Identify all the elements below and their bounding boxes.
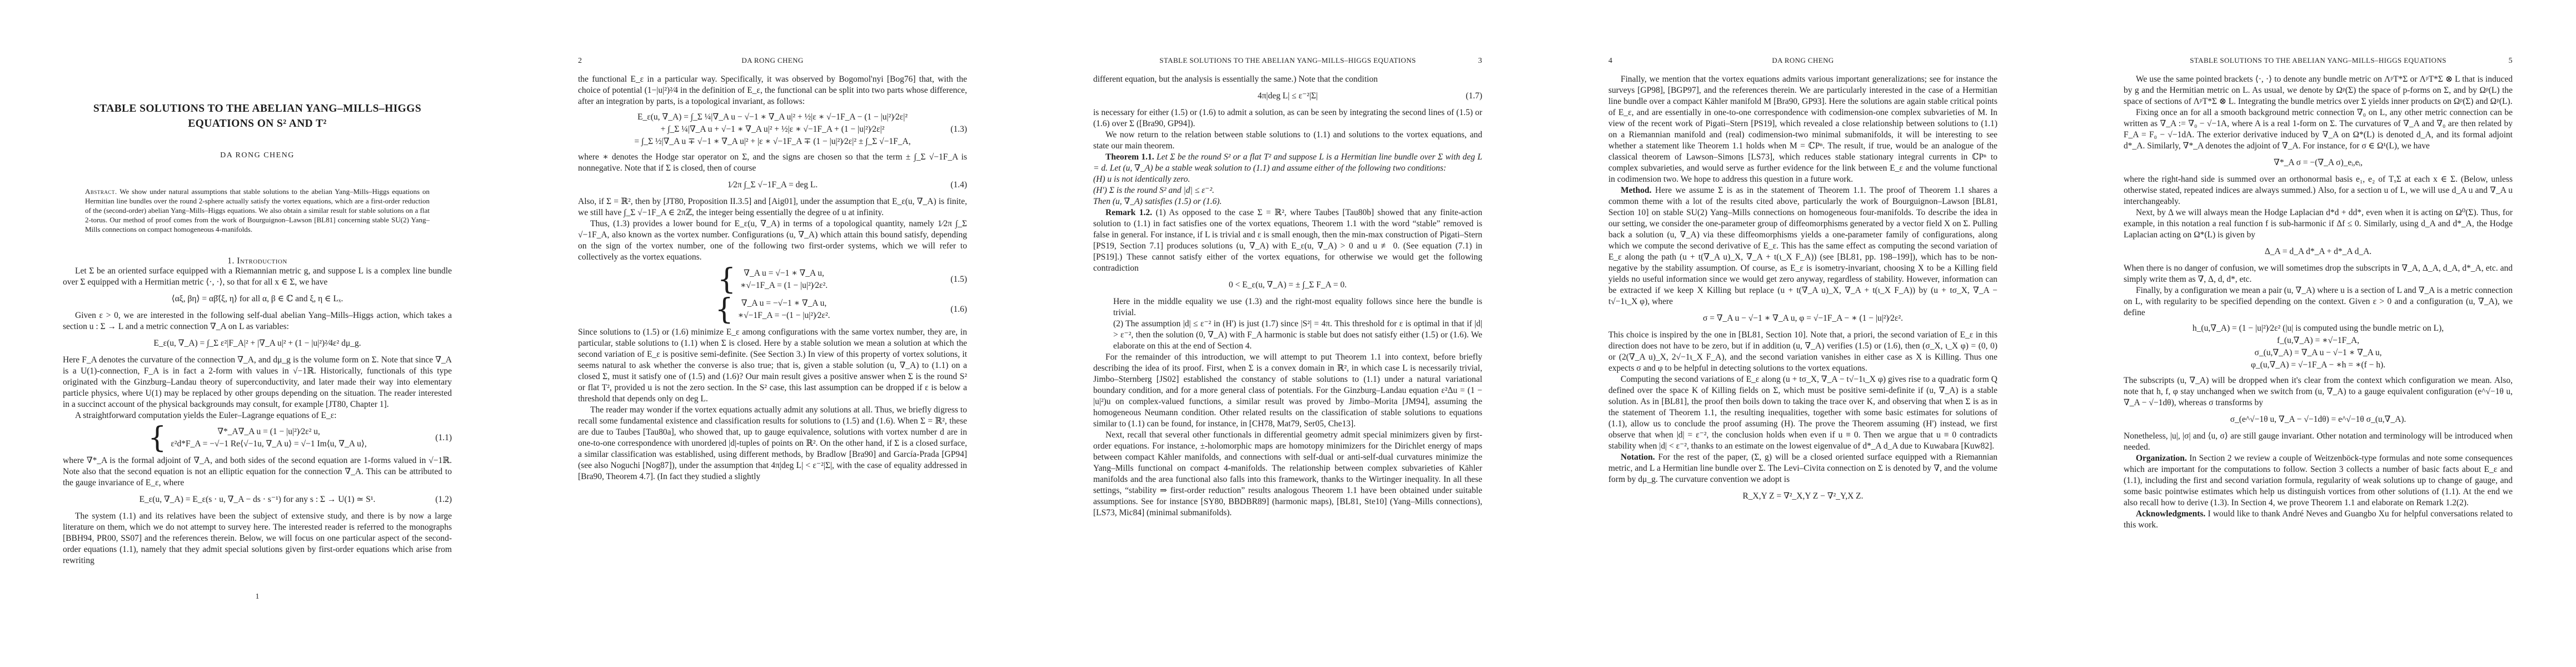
equation-lines: ∇_A u = √−1 ∗ ∇_A u,∗√−1F_A = (1 − |u|²)… xyxy=(740,267,828,292)
paragraph-text: (2) The assumption |d| ≤ ε⁻² in (H') is … xyxy=(1113,319,1482,351)
equation-body: ∇*_A σ = −(∇_A σ)_eᵢ,eᵢ, xyxy=(2274,157,2363,169)
paragraph-text: (1) As opposed to the case Σ = ℝ², where… xyxy=(1093,208,1482,273)
equation-line: ⟨αξ, βη⟩ = αβ̄⟨ξ, η⟩ for all α, β ∈ ℂ an… xyxy=(172,293,343,305)
display-equation: {∇*_A∇_A u = (1 − |u|²)⁄2ε² u,ε²d*F_A = … xyxy=(63,425,452,451)
equation-line: ε²d*F_A = −√−1 Re⟨√−1u, ∇_A u⟩ = √−1 Im⟨… xyxy=(171,438,366,450)
paragraph: Fixing once an for all a smooth backgrou… xyxy=(2124,107,2513,152)
abstract-text: We show under natural assumptions that s… xyxy=(85,187,430,233)
equation-body: E_ε(u, ∇_A) = ∫_Σ ¼|∇_A u − √−1 ∗ ∇_A u|… xyxy=(634,111,910,148)
brace-glyph: { xyxy=(715,297,733,323)
brace-glyph: { xyxy=(148,425,166,451)
equation-line: φ_(u,∇_A) = √−1F_A − ∗h = ∗(f − h). xyxy=(2193,359,2444,371)
equation-line: + ∫_Σ ¼|∇_A u + √−1 ∗ ∇_A u|² + ½|ε ∗ √−… xyxy=(634,123,910,136)
paragraph: where ∗ denotes the Hodge star operator … xyxy=(578,152,967,174)
equation-lines: σ_(e^√−1θ u, ∇_A − √−1dθ) = e^√−1θ σ_(u,… xyxy=(2230,414,2406,426)
paragraph: A straightforward computation yields the… xyxy=(63,410,452,421)
running-head-text: DA RONG CHENG xyxy=(595,56,950,65)
page-3-body: different equation, but the analysis is … xyxy=(1093,74,1482,519)
equation-number: (1.5) xyxy=(950,274,967,285)
page-number: 3 xyxy=(1466,57,1482,66)
paragraph: Here in the middle equality we use (1.3)… xyxy=(1093,296,1482,318)
equation-line: f_(u,∇_A) = ∗√−1F_A, xyxy=(2193,335,2444,347)
paragraph: where ∇*_A is the formal adjoint of ∇_A,… xyxy=(63,455,452,489)
labeled-paragraph: Organization. In Section 2 we review a c… xyxy=(2124,453,2513,509)
paragraph-text: Finally, we mention that the vortex equa… xyxy=(1608,74,1997,184)
paragraph-text: (H') Σ is the round S² and |d| ≤ ε⁻². xyxy=(1093,186,1214,195)
page-1-heading-area: STABLE SOLUTIONS TO THE ABELIAN YANG–MIL… xyxy=(63,101,452,266)
page-number: 4 xyxy=(1608,57,1625,66)
paragraph: (2) The assumption |d| ≤ ε⁻² in (H') is … xyxy=(1093,318,1482,352)
paragraph: (H) u is not identically zero. xyxy=(1093,174,1482,185)
page-1-number: 1 xyxy=(63,593,452,601)
paragraph-text: Thus, (1.3) provides a lower bound for E… xyxy=(578,219,967,262)
paragraph-lead: Acknowledgments. xyxy=(2136,509,2208,519)
display-equation: 0 < E_ε(u, ∇_A) = ± ∫_Σ F_A = 0. xyxy=(1093,278,1482,292)
paragraph-text: Then (u, ∇_A) satisfies (1.5) or (1.6). xyxy=(1093,197,1222,206)
paragraph: We now return to the relation between st… xyxy=(1093,130,1482,152)
paragraph: is necessary for either (1.5) or (1.6) t… xyxy=(1093,107,1482,130)
paragraph: Then (u, ∇_A) satisfies (1.5) or (1.6). xyxy=(1093,196,1482,207)
equation-lines: h_(u,∇_A) = (1 − |u|²)⁄2ε² (|u| is compu… xyxy=(2193,322,2444,371)
page-4: 4 DA RONG CHENG Finally, we mention that… xyxy=(1546,0,2061,667)
equation-lines: E_ε(u, ∇_A) = ∫_Σ ε²|F_A|² + |∇_A u|² + … xyxy=(153,337,361,350)
equation-body: σ = ∇_A u − √−1 ∗ ∇_A u, φ = √−1F_A − ∗ … xyxy=(1703,312,1903,325)
equation-line: R_X,Y Z = ∇²_X,Y Z − ∇²_Y,X Z. xyxy=(1742,490,1863,502)
paragraph: We use the same pointed brackets ⟨·, ·⟩ … xyxy=(2124,74,2513,107)
equation-body: {∇_A u = −√−1 ∗ ∇_A u,∗√−1F_A = −(1 − |u… xyxy=(715,297,830,323)
equation-lines: R_X,Y Z = ∇²_X,Y Z − ∇²_Y,X Z. xyxy=(1742,490,1863,502)
running-header: 2 DA RONG CHENG xyxy=(578,56,967,66)
paragraph: Also, if Σ = ℝ², then by [JT80, Proposit… xyxy=(578,196,967,218)
paragraph-text: The subscripts (u, ∇_A) will be dropped … xyxy=(2124,376,2513,407)
paragraph: For the remainder of this introduction, … xyxy=(1093,352,1482,430)
equation-line: ∇*_A∇_A u = (1 − |u|²)⁄2ε² u, xyxy=(171,426,366,438)
page-5: STABLE SOLUTIONS TO THE ABELIAN YANG–MIL… xyxy=(2061,0,2576,667)
paragraph-text: Here in the middle equality we use (1.3)… xyxy=(1113,297,1482,317)
equation-body: ⟨αξ, βη⟩ = αβ̄⟨ξ, η⟩ for all α, β ∈ ℂ an… xyxy=(172,293,343,305)
paragraph-text: Nonetheless, |u|, |σ| and ⟨u, σ⟩ are sti… xyxy=(2124,431,2513,452)
equation-line: ∇*_A σ = −(∇_A σ)_eᵢ,eᵢ, xyxy=(2274,157,2363,169)
paragraph: Finally, we mention that the vortex equa… xyxy=(1608,74,1997,185)
paragraph: where the right-hand side is summed over… xyxy=(2124,174,2513,207)
equation-line: ∗√−1F_A = −(1 − |u|²)⁄2ε². xyxy=(738,310,830,322)
paragraph-text: (H) u is not identically zero. xyxy=(1093,175,1190,184)
equation-number: (1.2) xyxy=(435,494,452,505)
paragraph-text: where ∇*_A is the formal adjoint of ∇_A,… xyxy=(63,456,452,487)
display-equation: {∇_A u = √−1 ∗ ∇_A u,∗√−1F_A = (1 − |u|²… xyxy=(578,267,967,293)
page-number: 2 xyxy=(578,57,595,66)
equation-body: E_ε(u, ∇_A) = ∫_Σ ε²|F_A|² + |∇_A u|² + … xyxy=(153,337,361,350)
paragraph: The system (1.1) and its relatives have … xyxy=(63,511,452,566)
paragraph: the functional E_ε in a particular way. … xyxy=(578,74,967,107)
brace-glyph: { xyxy=(718,267,736,293)
page-2: 2 DA RONG CHENG the functional E_ε in a … xyxy=(515,0,1030,667)
paragraph: Since solutions to (1.5) or (1.6) minimi… xyxy=(578,327,967,405)
paragraph-lead: Notation. xyxy=(1621,452,1658,462)
paragraph-text: We now return to the relation between st… xyxy=(1093,130,1482,151)
equation-lines: 1⁄2π ∫_Σ √−1F_A = deg L. xyxy=(728,179,818,191)
page-2-body: the functional E_ε in a particular way. … xyxy=(578,74,967,482)
paragraph-text: When there is no danger of confusion, we… xyxy=(2124,263,2513,284)
paragraph-lead: Theorem 1.1. xyxy=(1105,152,1157,162)
page-4-body: Finally, we mention that the vortex equa… xyxy=(1608,74,1997,507)
labeled-paragraph: Acknowledgments. I would like to thank A… xyxy=(2124,509,2513,531)
display-equation: E_ε(u, ∇_A) = E_ε(s · u, ∇_A − ds · s⁻¹)… xyxy=(63,492,452,507)
display-equation: h_(u,∇_A) = (1 − |u|²)⁄2ε² (|u| is compu… xyxy=(2124,322,2513,371)
equation-lines: 0 < E_ε(u, ∇_A) = ± ∫_Σ F_A = 0. xyxy=(1229,279,1347,291)
paragraph: Computing the second variations of E_ε a… xyxy=(1608,374,1997,452)
equation-body: σ_(e^√−1θ u, ∇_A − √−1dθ) = e^√−1θ σ_(u,… xyxy=(2230,414,2406,426)
paragraph-text: Given ε > 0, we are interested in the fo… xyxy=(63,311,452,331)
paragraph-text: Here we assume Σ is as in the statement … xyxy=(1608,186,1997,306)
paragraph-text: Since solutions to (1.5) or (1.6) minimi… xyxy=(578,327,967,404)
running-header: STABLE SOLUTIONS TO THE ABELIAN YANG–MIL… xyxy=(1093,56,1482,66)
display-equation: σ_(e^√−1θ u, ∇_A − √−1dθ) = e^√−1θ σ_(u,… xyxy=(2124,412,2513,427)
equation-number: (1.1) xyxy=(435,432,452,444)
equation-lines: ⟨αξ, βη⟩ = αβ̄⟨ξ, η⟩ for all α, β ∈ ℂ an… xyxy=(172,293,343,305)
running-header: STABLE SOLUTIONS TO THE ABELIAN YANG–MIL… xyxy=(2124,56,2513,66)
labeled-paragraph: Remark 1.2. (1) As opposed to the case Σ… xyxy=(1093,207,1482,274)
labeled-paragraph: Method. Here we assume Σ is as in the st… xyxy=(1608,185,1997,307)
display-equation: ⟨αξ, βη⟩ = αβ̄⟨ξ, η⟩ for all α, β ∈ ℂ an… xyxy=(63,292,452,306)
equation-lines: E_ε(u, ∇_A) = ∫_Σ ¼|∇_A u − √−1 ∗ ∇_A u|… xyxy=(634,111,910,148)
equation-body: 4π|deg L| ≤ ε⁻²|Σ| xyxy=(1258,90,1318,102)
equation-line: 0 < E_ε(u, ∇_A) = ± ∫_Σ F_A = 0. xyxy=(1229,279,1347,291)
equation-number: (1.3) xyxy=(950,124,967,135)
paragraph: When there is no danger of confusion, we… xyxy=(2124,263,2513,285)
equation-line: 1⁄2π ∫_Σ √−1F_A = deg L. xyxy=(728,179,818,191)
equation-body: E_ε(u, ∇_A) = E_ε(s · u, ∇_A − ds · s⁻¹)… xyxy=(139,494,376,506)
equation-number: (1.6) xyxy=(950,304,967,315)
paragraph-text: A straightforward computation yields the… xyxy=(75,411,337,420)
equation-body: h_(u,∇_A) = (1 − |u|²)⁄2ε² (|u| is compu… xyxy=(2193,322,2444,371)
paragraph-text: is necessary for either (1.5) or (1.6) t… xyxy=(1093,108,1482,128)
running-head-text: STABLE SOLUTIONS TO THE ABELIAN YANG–MIL… xyxy=(1110,56,1466,65)
equation-line: ∇_A u = √−1 ∗ ∇_A u, xyxy=(740,267,828,280)
paragraph-text: We use the same pointed brackets ⟨·, ·⟩ … xyxy=(2124,74,2513,106)
equation-line: ∗√−1F_A = (1 − |u|²)⁄2ε². xyxy=(740,280,828,292)
paragraph-lead: Organization. xyxy=(2136,454,2189,463)
paragraph: Let Σ be an oriented surface equipped wi… xyxy=(63,266,452,288)
paragraph-text: Computing the second variations of E_ε a… xyxy=(1608,375,1997,451)
paragraph-text: Next, recall that several other function… xyxy=(1093,430,1482,517)
paragraph-text: Finally, by a configuration we mean a pa… xyxy=(2124,286,2513,317)
paragraph-text: This choice is inspired by the one in [B… xyxy=(1608,330,1997,373)
paragraph: This choice is inspired by the one in [B… xyxy=(1608,330,1997,374)
display-equation: {∇_A u = −√−1 ∗ ∇_A u,∗√−1F_A = −(1 − |u… xyxy=(578,297,967,323)
paragraph: The subscripts (u, ∇_A) will be dropped … xyxy=(2124,375,2513,409)
paragraph-text: different equation, but the analysis is … xyxy=(1093,74,1378,84)
author-name: DA RONG CHENG xyxy=(63,151,452,160)
running-head-text: STABLE SOLUTIONS TO THE ABELIAN YANG–MIL… xyxy=(2140,56,2496,65)
paragraph-text: the functional E_ε in a particular way. … xyxy=(578,74,967,106)
display-equation: Δ_A = d_A d*_A + d*_A d_A. xyxy=(2124,245,2513,259)
section-1-heading: 1. Introduction xyxy=(63,256,452,266)
display-equation: 4π|deg L| ≤ ε⁻²|Σ|(1.7) xyxy=(1093,89,1482,103)
paragraph-text: Here F_A denotes the curvature of the co… xyxy=(63,355,452,409)
paragraph: Next, by Δ we will always mean the Hodge… xyxy=(2124,207,2513,241)
equation-body: {∇*_A∇_A u = (1 − |u|²)⁄2ε² u,ε²d*F_A = … xyxy=(148,425,367,451)
equation-line: E_ε(u, ∇_A) = ∫_Σ ε²|F_A|² + |∇_A u|² + … xyxy=(153,337,361,350)
equation-body: Δ_A = d_A d*_A + d*_A d_A. xyxy=(2265,246,2371,258)
equation-lines: ∇_A u = −√−1 ∗ ∇_A u,∗√−1F_A = −(1 − |u|… xyxy=(738,297,830,322)
display-equation: R_X,Y Z = ∇²_X,Y Z − ∇²_Y,X Z. xyxy=(1608,489,1997,504)
page-1: STABLE SOLUTIONS TO THE ABELIAN YANG–MIL… xyxy=(0,0,515,667)
page-number: 5 xyxy=(2496,57,2513,66)
paragraph: The reader may wonder if the vortex equa… xyxy=(578,405,967,482)
paragraph: (H') Σ is the round S² and |d| ≤ ε⁻². xyxy=(1093,185,1482,196)
equation-line: Δ_A = d_A d*_A + d*_A d_A. xyxy=(2265,246,2371,258)
equation-body: {∇_A u = √−1 ∗ ∇_A u,∗√−1F_A = (1 − |u|²… xyxy=(718,267,828,293)
equation-line: E_ε(u, ∇_A) = E_ε(s · u, ∇_A − ds · s⁻¹)… xyxy=(139,494,376,506)
paragraph: Finally, by a configuration we mean a pa… xyxy=(2124,285,2513,318)
paragraph-text: Also, if Σ = ℝ², then by [JT80, Proposit… xyxy=(578,197,967,217)
page-3: STABLE SOLUTIONS TO THE ABELIAN YANG–MIL… xyxy=(1030,0,1546,667)
paper-title-line2: EQUATIONS ON S² AND T² xyxy=(63,116,452,131)
paragraph: Given ε > 0, we are interested in the fo… xyxy=(63,310,452,332)
paragraph: Next, recall that several other function… xyxy=(1093,430,1482,519)
display-equation: 1⁄2π ∫_Σ √−1F_A = deg L.(1.4) xyxy=(578,178,967,192)
equation-lines: σ = ∇_A u − √−1 ∗ ∇_A u, φ = √−1F_A − ∗ … xyxy=(1703,312,1903,325)
display-equation: E_ε(u, ∇_A) = ∫_Σ ε²|F_A|² + |∇_A u|² + … xyxy=(63,336,452,351)
running-header: 4 DA RONG CHENG xyxy=(1608,56,1997,66)
equation-body: 0 < E_ε(u, ∇_A) = ± ∫_Σ F_A = 0. xyxy=(1229,279,1347,291)
equation-line: = ∫_Σ ½|∇_A u ∓ √−1 ∗ ∇_A u|² + |ε ∗ √−1… xyxy=(634,136,910,148)
equation-body: 1⁄2π ∫_Σ √−1F_A = deg L. xyxy=(728,179,818,191)
paragraph-lead: Method. xyxy=(1621,186,1655,195)
abstract: Abstract. We show under natural assumpti… xyxy=(85,187,430,234)
equation-number: (1.7) xyxy=(1466,91,1482,102)
paper-title-line1: STABLE SOLUTIONS TO THE ABELIAN YANG–MIL… xyxy=(63,101,452,116)
labeled-paragraph: Notation. For the rest of the paper, (Σ,… xyxy=(1608,452,1997,485)
paragraph-text: where the right-hand side is summed over… xyxy=(2124,175,2513,206)
paragraph: Here F_A denotes the curvature of the co… xyxy=(63,355,452,410)
paragraph: Nonetheless, |u|, |σ| and ⟨u, σ⟩ are sti… xyxy=(2124,431,2513,453)
paragraph-lead: Remark 1.2. xyxy=(1105,208,1156,217)
equation-line: ∇_A u = −√−1 ∗ ∇_A u, xyxy=(738,297,830,310)
paragraph-text: For the rest of the paper, (Σ, g) will b… xyxy=(1608,452,1997,484)
equation-lines: E_ε(u, ∇_A) = E_ε(s · u, ∇_A − ds · s⁻¹)… xyxy=(139,494,376,506)
paragraph: Thus, (1.3) provides a lower bound for E… xyxy=(578,218,967,263)
equation-lines: ∇*_A∇_A u = (1 − |u|²)⁄2ε² u,ε²d*F_A = −… xyxy=(171,426,366,450)
paragraph: different equation, but the analysis is … xyxy=(1093,74,1482,85)
running-head-text: DA RONG CHENG xyxy=(1625,56,1981,65)
paragraph-text: The system (1.1) and its relatives have … xyxy=(63,511,452,565)
equation-line: 4π|deg L| ≤ ε⁻²|Σ| xyxy=(1258,90,1318,102)
paragraph-text: For the remainder of this introduction, … xyxy=(1093,352,1482,429)
equation-lines: ∇*_A σ = −(∇_A σ)_eᵢ,eᵢ, xyxy=(2274,157,2363,169)
paragraph-text: The reader may wonder if the vortex equa… xyxy=(578,405,967,481)
equation-line: σ_(e^√−1θ u, ∇_A − √−1dθ) = e^√−1θ σ_(u,… xyxy=(2230,414,2406,426)
equation-lines: Δ_A = d_A d*_A + d*_A d_A. xyxy=(2265,246,2371,258)
equation-lines: 4π|deg L| ≤ ε⁻²|Σ| xyxy=(1258,90,1318,102)
equation-line: h_(u,∇_A) = (1 − |u|²)⁄2ε² (|u| is compu… xyxy=(2193,322,2444,335)
paragraph-text: Let Σ be an oriented surface equipped wi… xyxy=(63,266,452,287)
paragraph-text: Fixing once an for all a smooth backgrou… xyxy=(2124,108,2513,151)
equation-line: σ_(u,∇_A) = ∇_A u − √−1 ∗ ∇_A u, xyxy=(2193,347,2444,359)
equation-body: R_X,Y Z = ∇²_X,Y Z − ∇²_Y,X Z. xyxy=(1742,490,1863,502)
paragraph-text: Next, by Δ we will always mean the Hodge… xyxy=(2124,208,2513,240)
equation-line: E_ε(u, ∇_A) = ∫_Σ ¼|∇_A u − √−1 ∗ ∇_A u|… xyxy=(634,111,910,123)
display-equation: ∇*_A σ = −(∇_A σ)_eᵢ,eᵢ, xyxy=(2124,156,2513,170)
display-equation: E_ε(u, ∇_A) = ∫_Σ ¼|∇_A u − √−1 ∗ ∇_A u|… xyxy=(578,111,967,148)
labeled-paragraph: Theorem 1.1. Let Σ be the round S² or a … xyxy=(1093,152,1482,174)
paragraph-text: where ∗ denotes the Hodge star operator … xyxy=(578,152,967,173)
page-5-body: We use the same pointed brackets ⟨·, ·⟩ … xyxy=(2124,74,2513,531)
equation-line: σ = ∇_A u − √−1 ∗ ∇_A u, φ = √−1F_A − ∗ … xyxy=(1703,312,1903,325)
page-1-body: Let Σ be an oriented surface equipped wi… xyxy=(63,266,452,566)
equation-number: (1.4) xyxy=(950,180,967,191)
abstract-label: Abstract. xyxy=(85,187,117,196)
display-equation: σ = ∇_A u − √−1 ∗ ∇_A u, φ = √−1F_A − ∗ … xyxy=(1608,311,1997,326)
